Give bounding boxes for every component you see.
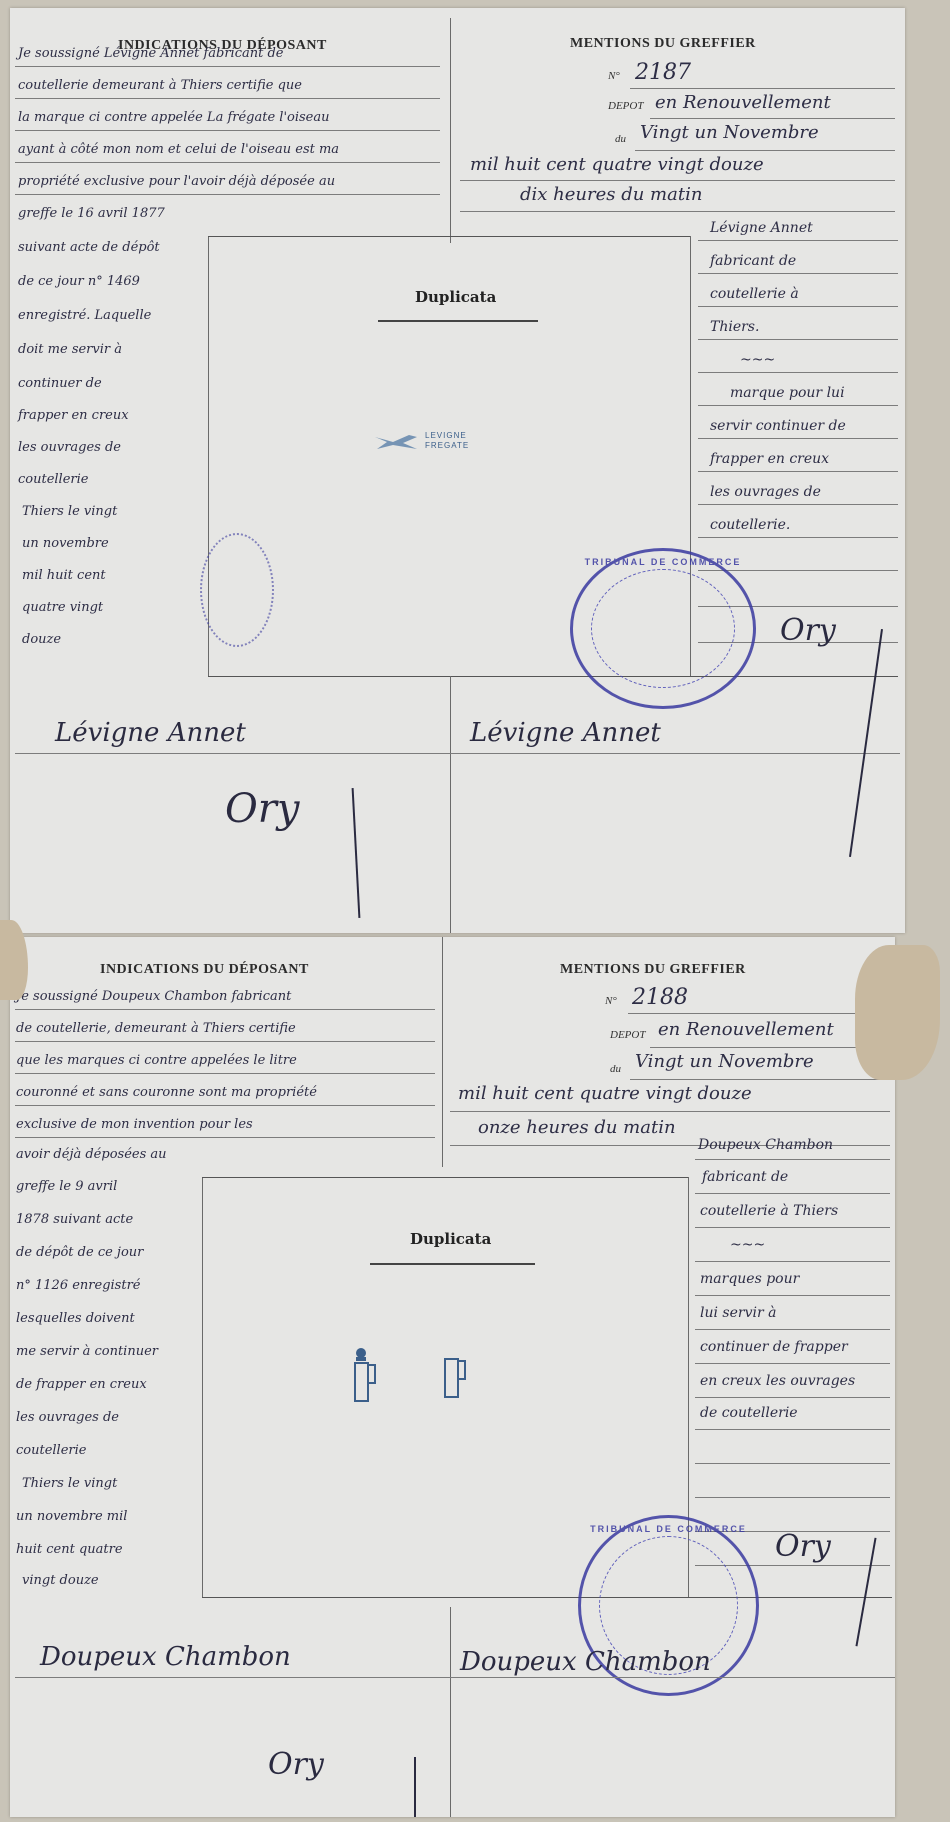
- rule: [698, 405, 898, 406]
- seal-ring: [591, 569, 735, 688]
- rule: [15, 1009, 435, 1010]
- year-line: mil huit cent quatre vingt douze: [470, 154, 764, 175]
- text-line: huit cent quatre: [16, 1542, 123, 1557]
- text-line: coutellerie à Thiers: [700, 1203, 838, 1219]
- rule: [15, 1677, 895, 1678]
- paper-tear: [855, 945, 940, 1080]
- trademark-text: LEVIGNE: [425, 431, 467, 440]
- rule: [695, 1261, 890, 1262]
- text-line: greffe le 9 avril: [16, 1179, 117, 1194]
- text-line: les ouvrages de: [16, 1410, 119, 1425]
- text-line: greffe le 16 avril 1877: [18, 206, 165, 221]
- pen-stroke: [855, 1538, 876, 1647]
- trademark-text: FREGATE: [425, 441, 469, 450]
- frigate-trademark: LEVIGNE FREGATE: [373, 431, 423, 458]
- rule: [698, 339, 898, 340]
- text-line: coutellerie demeurant à Thiers certifie …: [18, 78, 302, 93]
- text-line: marques pour: [700, 1271, 799, 1287]
- text-line: Thiers le vingt: [22, 1476, 117, 1491]
- text-line: que les marques ci contre appelées le li…: [16, 1053, 297, 1068]
- rule: [15, 162, 440, 163]
- register-sheet-2188: INDICATIONS DU DÉPOSANT MENTIONS DU GREF…: [10, 937, 895, 1817]
- text-line: la marque ci contre appelée La frégate l…: [18, 110, 330, 125]
- text-line: propriété exclusive pour l'avoir déjà dé…: [18, 174, 335, 189]
- court-seal: TRIBUNAL DE COMMERCE: [570, 548, 756, 709]
- text-line: coutellerie.: [710, 517, 790, 533]
- rule: [650, 1047, 890, 1048]
- depot-value: en Renouvellement: [658, 1019, 834, 1040]
- text-line: coutellerie à: [710, 286, 799, 302]
- litre-trademark: [443, 1357, 469, 1406]
- rule: [630, 88, 895, 89]
- rule: [370, 1263, 535, 1265]
- record-number: 2188: [632, 985, 688, 1010]
- text-line: quatre vingt: [22, 600, 103, 615]
- text-line: en creux les ouvrages: [700, 1373, 855, 1389]
- text-line: enregistré. Laquelle: [18, 308, 151, 323]
- rule: [15, 1105, 435, 1106]
- column-divider: [450, 676, 451, 933]
- year-line: mil huit cent quatre vingt douze: [458, 1083, 752, 1104]
- text-line: de ce jour n° 1469: [18, 274, 140, 289]
- du-label: du: [615, 133, 626, 145]
- date-value: Vingt un Novembre: [635, 1051, 814, 1072]
- text-line: frapper en creux: [18, 408, 129, 423]
- rule: [698, 504, 898, 505]
- rule: [460, 211, 895, 212]
- text-line: de frapper en creux: [16, 1377, 147, 1392]
- rule: [695, 1329, 890, 1330]
- rule: [15, 753, 900, 754]
- record-number: 2187: [635, 60, 691, 85]
- rule: [15, 130, 440, 131]
- rule: [630, 1079, 890, 1080]
- text-line: fabricant de: [710, 253, 796, 269]
- column-divider: [450, 1607, 451, 1817]
- box-border: [202, 1597, 892, 1598]
- right-header: MENTIONS DU GREFFIER: [560, 962, 746, 978]
- crowned-bottle-icon: [353, 1345, 379, 1403]
- text-line: un novembre mil: [16, 1509, 127, 1524]
- duplicata-label: Duplicata: [410, 1230, 491, 1248]
- text-line: couronné et sans couronne sont ma propri…: [16, 1085, 317, 1100]
- text-line: Lévigne Annet: [710, 220, 813, 236]
- text-line: Thiers le vingt: [22, 504, 117, 519]
- clerk-paraph: Ory: [268, 1747, 324, 1782]
- du-label: du: [610, 1063, 621, 1075]
- pen-stroke: [352, 788, 361, 918]
- rule: [15, 1137, 435, 1138]
- ink-blot: [200, 533, 274, 647]
- depot-label: DEPOT: [608, 100, 643, 112]
- seal-text: TRIBUNAL DE COMMERCE: [573, 557, 753, 567]
- rule: [695, 1193, 890, 1194]
- text-line: mil huit cent: [22, 568, 106, 583]
- rule: [698, 306, 898, 307]
- rule: [450, 1111, 890, 1112]
- signature-declarant: Doupeux Chambon: [40, 1642, 291, 1672]
- rule: [15, 98, 440, 99]
- depot-value: en Renouvellement: [655, 92, 831, 113]
- text-line: 1878 suivant acte: [16, 1212, 133, 1227]
- right-header: MENTIONS DU GREFFIER: [570, 36, 756, 52]
- crowned-litre-trademark: [353, 1345, 379, 1408]
- box-border: [208, 676, 898, 677]
- text-line: ~~~: [740, 352, 775, 368]
- left-header: INDICATIONS DU DÉPOSANT: [100, 962, 309, 978]
- text-line: vingt douze: [22, 1573, 99, 1588]
- rule: [695, 1397, 890, 1398]
- clerk-paraph-margin: Ory: [780, 613, 836, 648]
- box-border: [202, 1177, 203, 1597]
- signature-clerk-copy: Lévigne Annet: [470, 718, 661, 748]
- rule: [15, 1041, 435, 1042]
- text-line: lesquelles doivent: [16, 1311, 135, 1326]
- pen-stroke: [849, 629, 882, 857]
- text-line: continuer de: [18, 376, 102, 391]
- signature-declarant: Lévigne Annet: [55, 718, 246, 748]
- text-line: douze: [22, 632, 61, 647]
- text-line: Doupeux Chambon: [698, 1137, 833, 1153]
- rule: [698, 273, 898, 274]
- text-line: de dépôt de ce jour: [16, 1245, 143, 1260]
- box-border: [202, 1177, 688, 1178]
- text-line: un novembre: [22, 536, 109, 551]
- number-label: N°: [608, 70, 620, 82]
- clerk-paraph-margin: Ory: [775, 1529, 831, 1564]
- text-line: marque pour lui: [730, 385, 845, 401]
- duplicata-label: Duplicata: [415, 288, 496, 306]
- text-line: de coutellerie, demeurant à Thiers certi…: [16, 1021, 296, 1036]
- bird-icon: [373, 431, 423, 453]
- rule: [695, 1363, 890, 1364]
- text-line: de coutellerie: [700, 1405, 798, 1421]
- rule: [698, 372, 898, 373]
- rule: [378, 320, 538, 322]
- text-line: Je soussigné Lévigne Annet fabricant de: [18, 46, 284, 61]
- text-line: servir continuer de: [710, 418, 846, 434]
- rule: [15, 194, 440, 195]
- text-line: continuer de frapper: [700, 1339, 848, 1355]
- time-line: dix heures du matin: [520, 184, 702, 205]
- text-line: les ouvrages de: [710, 484, 821, 500]
- text-line: coutellerie: [16, 1443, 86, 1458]
- pen-stroke: [414, 1757, 416, 1817]
- text-line: Je soussigné Doupeux Chambon fabricant: [16, 989, 291, 1004]
- register-sheet-2187: INDICATIONS DU DÉPOSANT MENTIONS DU GREF…: [10, 8, 905, 933]
- text-line: fabricant de: [702, 1169, 788, 1185]
- text-line: ayant à côté mon nom et celui de l'oisea…: [18, 142, 339, 157]
- rule: [650, 118, 895, 119]
- text-line: les ouvrages de: [18, 440, 121, 455]
- rule: [695, 1295, 890, 1296]
- rule: [635, 150, 895, 151]
- text-line: lui servir à: [700, 1305, 776, 1321]
- signature-clerk-copy: Doupeux Chambon: [460, 1647, 711, 1677]
- rule: [695, 1497, 890, 1498]
- text-line: coutellerie: [18, 472, 88, 487]
- text-line: exclusive de mon invention pour les: [16, 1117, 253, 1132]
- rule: [698, 471, 898, 472]
- number-label: N°: [605, 995, 617, 1007]
- text-line: doit me servir à: [18, 342, 122, 357]
- rule: [15, 66, 440, 67]
- column-divider: [442, 937, 443, 1167]
- rule: [695, 1159, 890, 1160]
- time-line: onze heures du matin: [478, 1117, 676, 1138]
- clerk-paraph: Ory: [225, 786, 300, 832]
- text-line: me servir à continuer: [16, 1344, 158, 1359]
- rule: [698, 438, 898, 439]
- seal-text: TRIBUNAL DE COMMERCE: [581, 1524, 756, 1534]
- rule: [460, 180, 895, 181]
- text-line: n° 1126 enregistré: [16, 1278, 140, 1293]
- rule: [695, 1429, 890, 1430]
- rule: [695, 1227, 890, 1228]
- box-border: [208, 236, 690, 237]
- column-divider: [450, 18, 451, 243]
- rule: [698, 537, 898, 538]
- text-line: suivant acte de dépôt: [18, 240, 160, 255]
- depot-label: DEPOT: [610, 1029, 645, 1041]
- text-line: ~~~: [730, 1237, 765, 1253]
- text-line: Thiers.: [710, 319, 759, 335]
- date-value: Vingt un Novembre: [640, 122, 819, 143]
- rule: [628, 1013, 888, 1014]
- rule: [15, 1073, 435, 1074]
- text-line: frapper en creux: [710, 451, 829, 467]
- rule: [698, 240, 898, 241]
- bottle-icon: [443, 1357, 469, 1401]
- rule: [695, 1463, 890, 1464]
- text-line: avoir déjà déposées au: [16, 1147, 167, 1162]
